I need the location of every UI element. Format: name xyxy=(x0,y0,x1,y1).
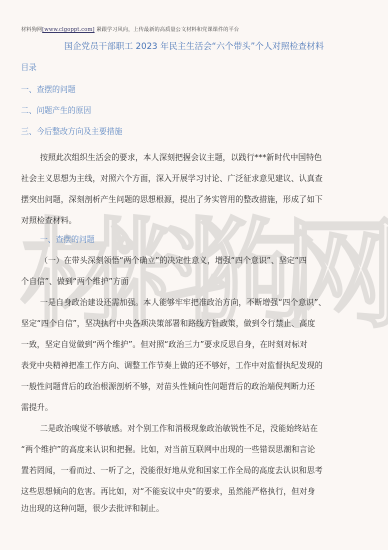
document-page: 材料狗网[www.clgoppt.com] 紧跟学习风向，上传最新的高质量公文材… xyxy=(0,0,388,550)
subsection-heading: （一）在带头深刻领悟“两个确立”的决定性意义，增强“四个意识”、坚定“四 xyxy=(40,255,307,266)
point-line: 边出现的这种问题，很少去批评和制止。 xyxy=(21,503,164,514)
point-line: 一是自身政治建设还需加强。本人能够牢牢把准政治方向，不断增强“四个意识”、 xyxy=(40,297,326,308)
site-header: 材料狗网[www.clgoppt.com] 紧跟学习风向，上传最新的高质量公文材… xyxy=(21,26,239,33)
toc-item-causes[interactable]: 二、问题产生的原因 xyxy=(21,105,91,116)
site-link[interactable]: [www.clgoppt.com] xyxy=(42,27,94,33)
toc-item-problems[interactable]: 一、查摆的问题 xyxy=(21,84,76,95)
point-line: 表党中央精神把准工作方向、调整工作节奏上做的还不够好，工作中对监督执纪发现的 xyxy=(21,360,323,371)
point-line: 这些思想倾向的危害。再比如，对“不能妄议中央”的要求，虽然能严格执行，但对身 xyxy=(21,486,315,497)
subsection-heading: 个自信”、做到“两个维护”方面 xyxy=(21,276,129,287)
point-line: “两个维护”的高度来认识和把握。比如，对当前互联网中出现的一些错误思潮和言论 xyxy=(21,444,315,455)
point-line: 一般性问题背后的政治根源剖析不够，对苗头性倾向性问题背后的政治端倪判断力还 xyxy=(21,381,315,392)
point-line: 坚定“四个自信”，坚决执行中央各项决策部署和路线方针政策，做到令行禁止、高度 xyxy=(21,318,315,329)
point-line: 二是政治嗅觉不够敏感。对个别工作和消极现象政治敏锐性不足，没能始终站在 xyxy=(40,423,318,434)
point-line: 一致，坚定自觉做到“两个维护”。但对照“政治三力”要求反思自身，在时刻对标对 xyxy=(21,339,308,350)
site-name: 材料狗网 xyxy=(21,27,42,33)
site-tagline: 紧跟学习风向，上传最新的高质量公文材料和党课课件的平台 xyxy=(96,27,239,33)
intro-line: 按照此次组织生活会的要求，本人深刻把握会议主题，以践行***新时代中国特色 xyxy=(40,152,322,163)
intro-line: 社会主义思想为主线，对照六个方面，深入开展学习讨论、广泛征求意见建议、认真查 xyxy=(21,173,323,184)
intro-line: 摆突出问题，深刻剖析产生问题的思想根源，提出了务实管用的整改措施，形成了如下 xyxy=(21,194,323,205)
toc-heading: 目录 xyxy=(21,62,37,73)
document-title: 国企党员干部职工 2023 年民主生活会“六个带头”个人对照检查材料 xyxy=(0,40,388,52)
section-heading-problems: 一、查摆的问题 xyxy=(40,234,95,245)
point-line: 置若罔闻，一看而过、一听了之，没能很好地从党和国家工作全局的高度去认识和思考 xyxy=(21,465,323,476)
point-line: 需提升。 xyxy=(21,402,53,413)
intro-line: 对照检查材料。 xyxy=(21,215,77,226)
toc-item-measures[interactable]: 三、今后整改方向及主要措施 xyxy=(21,126,122,137)
